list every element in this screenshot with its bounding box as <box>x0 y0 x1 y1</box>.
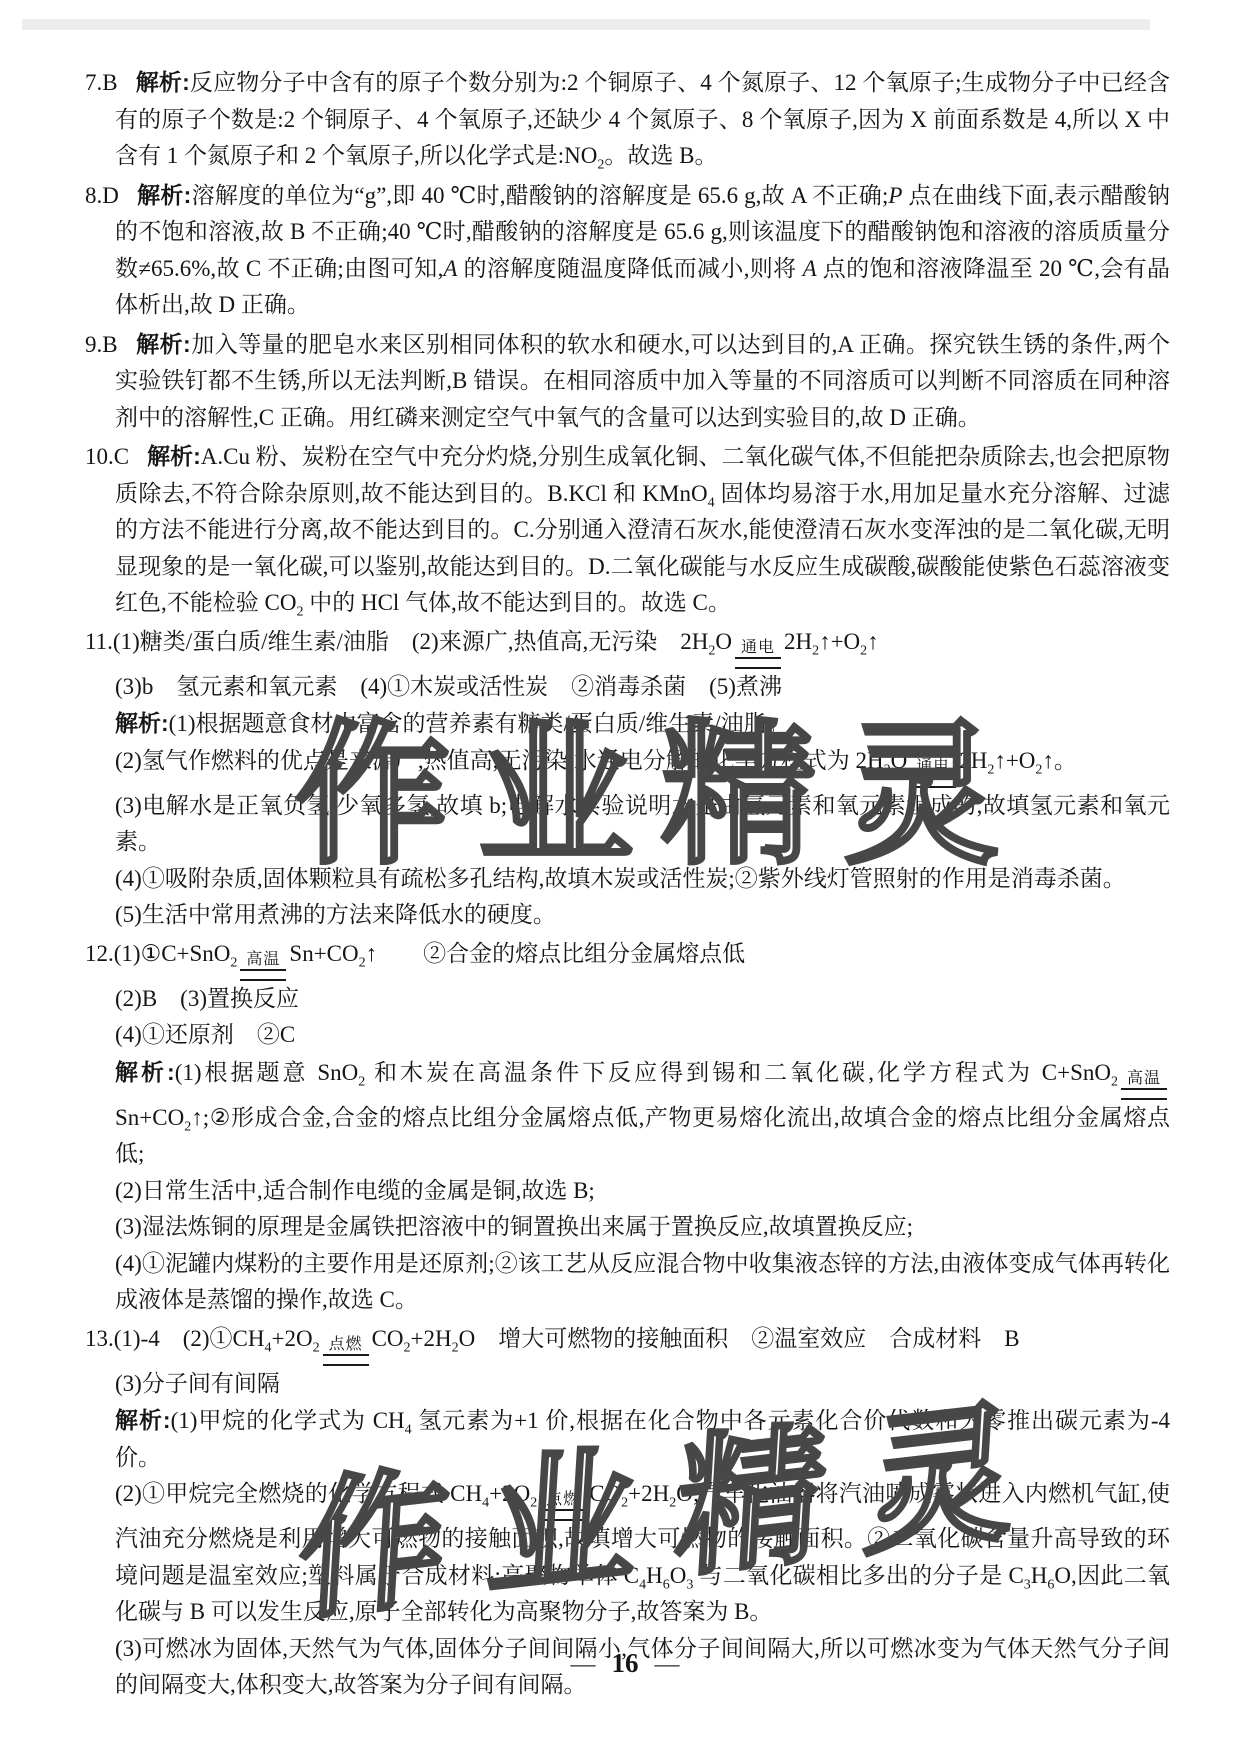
solution-item-7: 7.B解析:反应物分子中含有的原子个数分别为:2 个铜原子、4 个氮原子、12 … <box>115 64 1170 175</box>
double-bond-equals-icon <box>735 657 781 669</box>
page-footer: —16— <box>0 1648 1250 1679</box>
text-run: 和木炭在高温条件下反应得到锡和二氧化碳,化学方程式为 C+SnO <box>365 1060 1111 1085</box>
analysis-label: 解析: <box>137 182 191 208</box>
reaction-condition-equals: 通电 <box>735 638 781 669</box>
solution-paragraph: (3)电解水是正氧负氢,少氧多氢,故填 b;电解水实验说明水是由氢元素和氧元素组… <box>115 788 1170 861</box>
text-run: Sn+CO <box>289 941 358 966</box>
text-run: (3)b 氢元素和氧元素 (4)①木炭或活性炭 ②消毒杀菌 (5)煮沸 <box>115 674 782 699</box>
solution-item-12: 12.(1)①C+SnO2高温Sn+CO2↑ ②合金的熔点比组分金属熔点低(2)… <box>115 936 1170 1319</box>
solution-paragraph: 10.C解析:A.Cu 粉、炭粉在空气中充分灼烧,分别生成氧化铜、二氧化碳气体,… <box>115 438 1170 622</box>
text-run: O <box>670 1563 687 1588</box>
italic-symbol: A <box>443 256 457 281</box>
analysis-label: 解析: <box>115 1407 171 1433</box>
solution-paragraph: 解析:(1)根据题意食材中富含的营养素有糖类/蛋白质/维生素/油脂。 <box>115 705 1170 743</box>
item-number: 9.B <box>85 332 118 357</box>
analysis-label: 解析: <box>136 331 191 357</box>
item-number: 7.B <box>85 70 118 95</box>
italic-symbol: P <box>888 183 902 208</box>
chemical-subscript: 2 <box>404 1340 411 1355</box>
solutions-list: 7.B解析:反应物分子中含有的原子个数分别为:2 个铜原子、4 个氮原子、12 … <box>115 64 1170 1706</box>
text-run: (1)①C+SnO <box>114 941 231 966</box>
text-run: (1)甲烷的化学式为 CH <box>171 1408 405 1433</box>
solution-paragraph: 13.(1)-4 (2)①CH4+2O2点燃CO2+2H2O 增大可燃物的接触面… <box>115 1321 1170 1366</box>
text-run: ↑ <box>867 629 879 654</box>
solution-paragraph: 解析:(1)根据题意 SnO2 和木炭在高温条件下反应得到锡和二氧化碳,化学方程… <box>115 1054 1170 1173</box>
solution-item-9: 9.B解析:加入等量的肥皂水来区别相同体积的软水和硬水,可以达到目的,A 正确。… <box>115 326 1170 437</box>
chemical-subscript: 2 <box>884 762 891 777</box>
text-run: 加入等量的肥皂水来区别相同体积的软水和硬水,可以达到目的,A 正确。探究铁生锈的… <box>115 332 1170 430</box>
reaction-condition-label: 通电 <box>735 638 781 657</box>
text-run: H <box>646 1563 663 1588</box>
text-run: (2)B (3)置换反应 <box>115 986 299 1011</box>
solution-paragraph: 9.B解析:加入等量的肥皂水来区别相同体积的软水和硬水,可以达到目的,A 正确。… <box>115 326 1170 437</box>
chemical-subscript: 2 <box>313 1340 320 1355</box>
chemical-subscript: 4 <box>405 1423 412 1438</box>
text-run: (2)氢气作燃料的优点是来源广,热值高,无污染;水通电分解的化学方程式为 2H <box>115 748 884 773</box>
reaction-condition-label: 点燃 <box>323 1335 369 1354</box>
solution-item-13: 13.(1)-4 (2)①CH4+2O2点燃CO2+2H2O 增大可燃物的接触面… <box>115 1321 1170 1704</box>
reaction-condition-equals: 点燃 <box>540 1490 586 1521</box>
text-run: 。故选 B。 <box>604 143 717 168</box>
double-bond-equals-icon <box>540 1509 586 1521</box>
solution-paragraph: 12.(1)①C+SnO2高温Sn+CO2↑ ②合金的熔点比组分金属熔点低 <box>115 936 1170 981</box>
chemical-subscript: 2 <box>1111 1074 1118 1089</box>
double-bond-equals-icon <box>1121 1088 1167 1100</box>
solution-paragraph: (2)①甲烷完全燃烧的化学方程式 CH4+2O2点燃CO2+2H2O;汽车化油器… <box>115 1476 1170 1631</box>
text-run: (5)生活中常用煮沸的方法来降低水的硬度。 <box>115 902 556 927</box>
chemical-subscript: 2 <box>530 1496 537 1511</box>
solution-paragraph: 8.D解析:溶解度的单位为“g”,即 40 ℃时,醋酸钠的溶解度是 65.6 g… <box>115 177 1170 324</box>
solution-paragraph: (3)湿法炼铜的原理是金属铁把溶液中的铜置换出来属于置换反应,故填置换反应; <box>115 1209 1170 1246</box>
analysis-label: 解析: <box>136 69 190 95</box>
reaction-condition-label: 高温 <box>1121 1069 1167 1088</box>
text-run: (3)分子间有间隔 <box>115 1371 280 1396</box>
text-run: ↑;②形成合金,合金的熔点比组分金属熔点低,产物更易熔化流出,故填合金的熔点比组… <box>115 1105 1170 1167</box>
text-run: ↑+O <box>994 748 1035 773</box>
solution-paragraph: (5)生活中常用煮沸的方法来降低水的硬度。 <box>115 897 1170 934</box>
text-run: ↑ ②合金的熔点比组分金属熔点低 <box>366 941 746 966</box>
text-run: 2H <box>784 629 812 654</box>
chemical-subscript: 4 <box>265 1340 272 1355</box>
text-run: +2O <box>489 1481 530 1506</box>
analysis-label: 解析: <box>115 1059 175 1085</box>
text-run: +2H <box>411 1326 452 1351</box>
solution-paragraph: (4)①还原剂 ②C <box>115 1017 1170 1054</box>
solution-paragraph: 7.B解析:反应物分子中含有的原子个数分别为:2 个铜原子、4 个氮原子、12 … <box>115 64 1170 175</box>
text-run: O <box>891 748 908 773</box>
reaction-condition-label: 点燃 <box>540 1490 586 1509</box>
text-run: +2H <box>628 1481 669 1506</box>
text-run: (4)①还原剂 ②C <box>115 1022 295 1047</box>
footer-dash-right: — <box>655 1651 680 1678</box>
text-run: CO <box>372 1326 404 1351</box>
scan-artifact <box>22 19 1150 30</box>
item-number: 8.D <box>85 183 119 208</box>
text-run: (3)湿法炼铜的原理是金属铁把溶液中的铜置换出来属于置换反应,故填置换反应; <box>115 1214 913 1239</box>
analysis-label: 解析: <box>147 443 201 469</box>
chemical-subscript: 2 <box>359 955 366 970</box>
text-run: ↑。 <box>1042 748 1077 773</box>
text-run: (4)①吸附杂质,固体颗粒具有疏松多孔结构,故填木炭或活性炭;②紫外线灯管照射的… <box>115 866 1126 891</box>
item-number: 10.C <box>85 444 129 469</box>
item-number: 12. <box>85 941 114 966</box>
double-bond-equals-icon <box>910 776 956 788</box>
text-run: (1)-4 (2)①CH <box>114 1326 265 1351</box>
solution-item-10: 10.C解析:A.Cu 粉、炭粉在空气中充分灼烧,分别生成氧化铜、二氧化碳气体,… <box>115 438 1170 622</box>
chemical-subscript: 6 <box>663 1577 670 1592</box>
chemical-subscript: 2 <box>230 955 237 970</box>
solution-paragraph: 11.(1)糖类/蛋白质/维生素/油脂 (2)来源广,热值高,无污染 2H2O通… <box>115 624 1170 669</box>
solution-paragraph: (4)①吸附杂质,固体颗粒具有疏松多孔结构,故填木炭或活性炭;②紫外线灯管照射的… <box>115 861 1170 898</box>
text-run: CO <box>589 1481 621 1506</box>
solution-paragraph: (4)①泥罐内煤粉的主要作用是还原剂;②该工艺从反应混合物中收集液态锌的方法,由… <box>115 1246 1170 1319</box>
solution-paragraph: (2)B (3)置换反应 <box>115 981 1170 1018</box>
solution-paragraph: (2)日常生活中,适合制作电缆的金属是铜,故选 B; <box>115 1173 1170 1210</box>
chemical-subscript: 2 <box>452 1340 459 1355</box>
solution-item-11: 11.(1)糖类/蛋白质/维生素/油脂 (2)来源广,热值高,无污染 2H2O通… <box>115 624 1170 934</box>
text-run: (2)日常生活中,适合制作电缆的金属是铜,故选 B; <box>115 1178 595 1203</box>
reaction-condition-label: 高温 <box>240 950 286 969</box>
reaction-condition-equals: 高温 <box>240 950 286 981</box>
text-run: 溶解度的单位为“g”,即 40 ℃时,醋酸钠的溶解度是 65.6 g,故 A 不… <box>191 183 888 208</box>
chemical-subscript: 3 <box>1024 1577 1031 1592</box>
text-run: (1)根据题意 SnO <box>175 1060 359 1085</box>
item-number: 13. <box>85 1326 114 1351</box>
solution-paragraph: 解析:(1)甲烷的化学式为 CH4 氢元素为+1 价,根据在化合物中各元素化合价… <box>115 1402 1170 1476</box>
solution-paragraph: (2)氢气作燃料的优点是来源广,热值高,无污染;水通电分解的化学方程式为 2H2… <box>115 743 1170 788</box>
text-run: 与二氧化碳相比多出的分子是 C <box>693 1563 1023 1588</box>
solution-paragraph: (3)b 氢元素和氧元素 (4)①木炭或活性炭 ②消毒杀菌 (5)煮沸 <box>115 669 1170 706</box>
text-run: 中的 HCl 气体,故不能达到目的。故选 C。 <box>303 590 730 615</box>
text-run: Sn+CO <box>115 1105 184 1130</box>
text-run: O <box>715 629 732 654</box>
italic-symbol: A <box>803 256 817 281</box>
footer-dash-left: — <box>571 1651 596 1678</box>
double-bond-equals-icon <box>323 1354 369 1366</box>
text-run: (1)糖类/蛋白质/维生素/油脂 (2)来源广,热值高,无污染 2H <box>113 629 708 654</box>
text-run: H <box>1031 1563 1048 1588</box>
reaction-condition-equals: 点燃 <box>323 1335 369 1366</box>
text-run: +2O <box>272 1326 313 1351</box>
page-number: 16 <box>612 1648 639 1678</box>
chemical-subscript: 4 <box>708 495 715 510</box>
text-run: (3)电解水是正氧负氢,少氧多氢,故填 b;电解水实验说明水是由氢元素和氧元素组… <box>115 793 1170 855</box>
text-run: (1)根据题意食材中富含的营养素有糖类/蛋白质/维生素/油脂。 <box>169 711 790 736</box>
double-bond-equals-icon <box>240 969 286 981</box>
text-run: (2)①甲烷完全燃烧的化学方程式 CH <box>115 1481 482 1506</box>
text-run: O 增大可燃物的接触面积 ②温室效应 合成材料 B <box>459 1326 1020 1351</box>
text-run: ↑+O <box>819 629 860 654</box>
text-run: 2H <box>959 748 987 773</box>
reaction-condition-equals: 高温 <box>1121 1069 1167 1100</box>
item-number: 11. <box>85 629 113 654</box>
reaction-condition-label: 通电 <box>910 757 956 776</box>
text-run: 的溶解度随温度降低而减小,则将 <box>457 256 802 281</box>
solution-paragraph: (3)分子间有间隔 <box>115 1366 1170 1403</box>
analysis-label: 解析: <box>115 710 169 736</box>
solution-item-8: 8.D解析:溶解度的单位为“g”,即 40 ℃时,醋酸钠的溶解度是 65.6 g… <box>115 177 1170 324</box>
text-run: (4)①泥罐内煤粉的主要作用是还原剂;②该工艺从反应混合物中收集液态锌的方法,由… <box>115 1251 1170 1313</box>
reaction-condition-equals: 通电 <box>910 757 956 788</box>
